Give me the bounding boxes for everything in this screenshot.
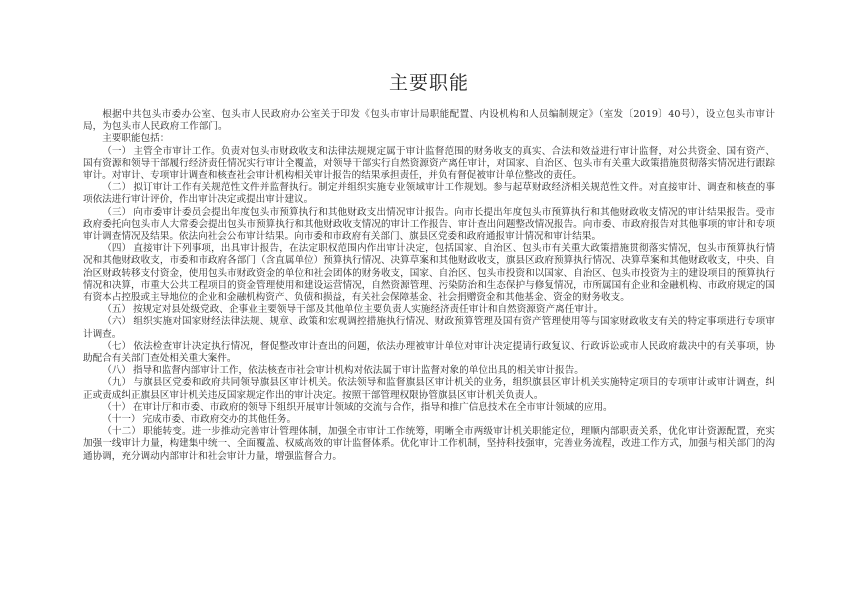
item-text: 向市委审计委员会提出年度包头市预算执行和其他财政支出情况审计报告。向市长提出年度…: [83, 207, 775, 242]
item-text: 直接审计下列事项，出具审计报告，在法定职权范围内作出审计决定，包括国家、自治区、…: [83, 243, 775, 303]
item-number: （八）: [102, 365, 131, 376]
function-item: （一）主管全市审计工作。负责对包头市财政收支和法律法规规定属于审计监督范围的财务…: [83, 146, 775, 183]
function-item: （十一）完成市委、市政府交办的其他任务。: [83, 414, 775, 426]
function-item: （五）按规定对县处级党政、企事业主要领导干部及其他单位主要负责人实施经济责任审计…: [83, 304, 775, 316]
item-number: （三）: [102, 207, 131, 218]
intro-paragraph: 根据中共包头市委办公室、包头市人民政府办公室关于印发《包头市审计局职能配置、内设…: [83, 109, 775, 133]
item-number: （五）: [102, 304, 131, 315]
item-text: 职能转变。进一步推动完善审计管理体制，加强全市审计工作统筹，明晰全市两级审计机关…: [83, 426, 775, 461]
function-item: （十）在审计厅和市委、市政府的领导下组织开展审计领域的交流与合作，指导和推广信息…: [83, 402, 775, 414]
item-number: （十）: [102, 402, 131, 413]
item-text: 主管全市审计工作。负责对包头市财政收支和法律法规规定属于审计监督范围的财务收支的…: [83, 146, 775, 181]
item-number: （十一）: [102, 414, 140, 425]
item-number: （七）: [102, 341, 131, 352]
function-item: （九）与旗县区党委和政府共同领导旗县区审计机关。依法领导和监督旗县区审计机关的业…: [83, 377, 775, 401]
page-title: 主要职能: [83, 68, 775, 95]
function-item: （八）指导和监督内部审计工作，依法核查市社会审计机构对依法属于审计监督对象的单位…: [83, 365, 775, 377]
item-text: 与旗县区党委和政府共同领导旗县区审计机关。依法领导和监督旗县区审计机关的业务，组…: [83, 377, 775, 400]
item-text: 按规定对县处级党政、企事业主要领导干部及其他单位主要负责人实施经济责任审计和自然…: [133, 304, 603, 315]
item-text: 在审计厅和市委、市政府的领导下组织开展审计领域的交流与合作，指导和推广信息技术在…: [133, 402, 613, 413]
item-number: （六）: [102, 316, 131, 327]
list-intro: 主要职能包括：: [83, 133, 775, 145]
item-text: 指导和监督内部审计工作，依法核查市社会审计机构对依法属于审计监督对象的单位出具的…: [133, 365, 584, 376]
item-text: 拟订审计工作有关规范性文件并监督执行。制定并组织实施专业领域审计工作规划。参与起…: [83, 182, 775, 205]
function-item: （七）依法检查审计决定执行情况，督促整改审计查出的问题，依法办理被审计单位对审计…: [83, 341, 775, 365]
item-number: （二）: [102, 182, 131, 193]
function-item: （三）向市委审计委员会提出年度包头市预算执行和其他财政支出情况审计报告。向市长提…: [83, 207, 775, 244]
function-item: （二）拟订审计工作有关规范性文件并监督执行。制定并组织实施专业领域审计工作规划。…: [83, 182, 775, 206]
function-item: （四）直接审计下列事项，出具审计报告，在法定职权范围内作出审计决定，包括国家、自…: [83, 243, 775, 304]
item-number: （一）: [102, 146, 131, 157]
item-number: （十二）: [102, 426, 141, 437]
item-text: 完成市委、市政府交办的其他任务。: [143, 414, 297, 425]
item-number: （四）: [102, 243, 131, 254]
document-page: 主要职能 根据中共包头市委办公室、包头市人民政府办公室关于印发《包头市审计局职能…: [83, 68, 775, 463]
item-text: 依法检查审计决定执行情况，督促整改审计查出的问题，依法办理被审计单位对审计决定提…: [83, 341, 775, 364]
function-item: （十二）职能转变。进一步推动完善审计管理体制，加强全市审计工作统筹，明晰全市两级…: [83, 426, 775, 463]
function-item: （六）组织实施对国家财经法律法规、规章、政策和宏观调控措施执行情况、财政预算管理…: [83, 316, 775, 340]
item-number: （九）: [102, 377, 131, 388]
item-text: 组织实施对国家财经法律法规、规章、政策和宏观调控措施执行情况、财政预算管理及国有…: [83, 316, 775, 339]
